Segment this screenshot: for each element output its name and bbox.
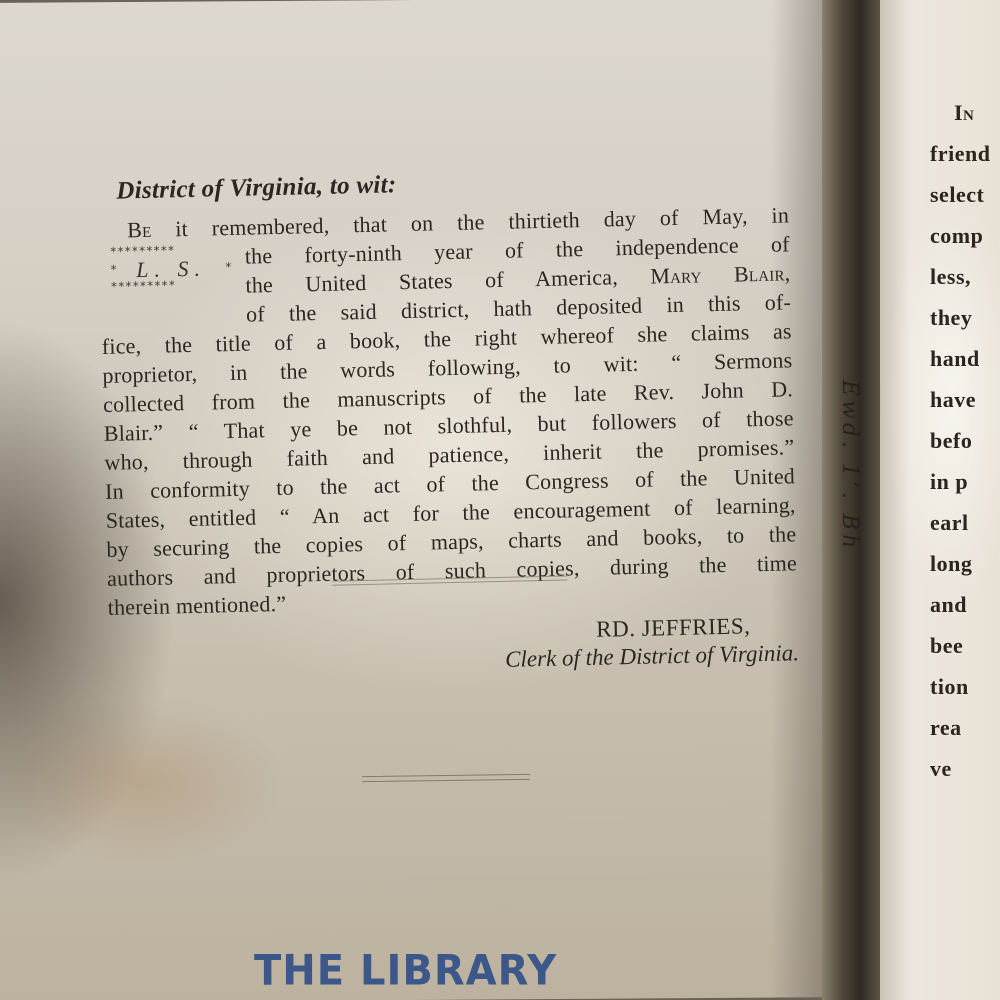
right-line: earl xyxy=(930,502,990,543)
right-line: friend xyxy=(930,133,990,174)
right-line: comp xyxy=(930,215,990,256)
right-page: In friend select comp less, they hand ha… xyxy=(880,0,1000,1000)
right-line: tion xyxy=(930,666,990,707)
right-line: bee xyxy=(930,625,990,666)
right-line: ve xyxy=(930,748,990,789)
seal-border-bottom: ********* xyxy=(110,278,232,294)
right-line: rea xyxy=(930,707,990,748)
lead-small-caps: Be xyxy=(127,217,152,243)
library-stamp: THE LIBRARY xyxy=(254,947,557,995)
copyright-notice: District of Virginia, to wit: ********* … xyxy=(98,162,799,682)
seal-label: L. S. xyxy=(136,261,206,276)
right-line: in p xyxy=(930,461,990,502)
right-line: select xyxy=(930,174,990,215)
gutter-handwriting: Ewd. 1’. Bh xyxy=(832,380,862,720)
seal-ls: ********* * L. S. * ********* xyxy=(110,243,233,294)
right-page-text: In friend select comp less, they hand ha… xyxy=(930,92,990,789)
right-line: and xyxy=(930,584,990,625)
line-text: , xyxy=(784,260,790,285)
right-line: befo xyxy=(930,420,990,461)
seal-border-left: * xyxy=(110,263,118,276)
right-line: they xyxy=(930,297,990,338)
proprietor-name: Mary Blair xyxy=(650,260,785,288)
seal-border-right: * xyxy=(225,260,233,273)
right-line: less, xyxy=(930,256,990,297)
right-line: hand xyxy=(930,338,990,379)
right-line: long xyxy=(930,543,990,584)
right-line: In xyxy=(930,92,990,133)
right-line: have xyxy=(930,379,990,420)
